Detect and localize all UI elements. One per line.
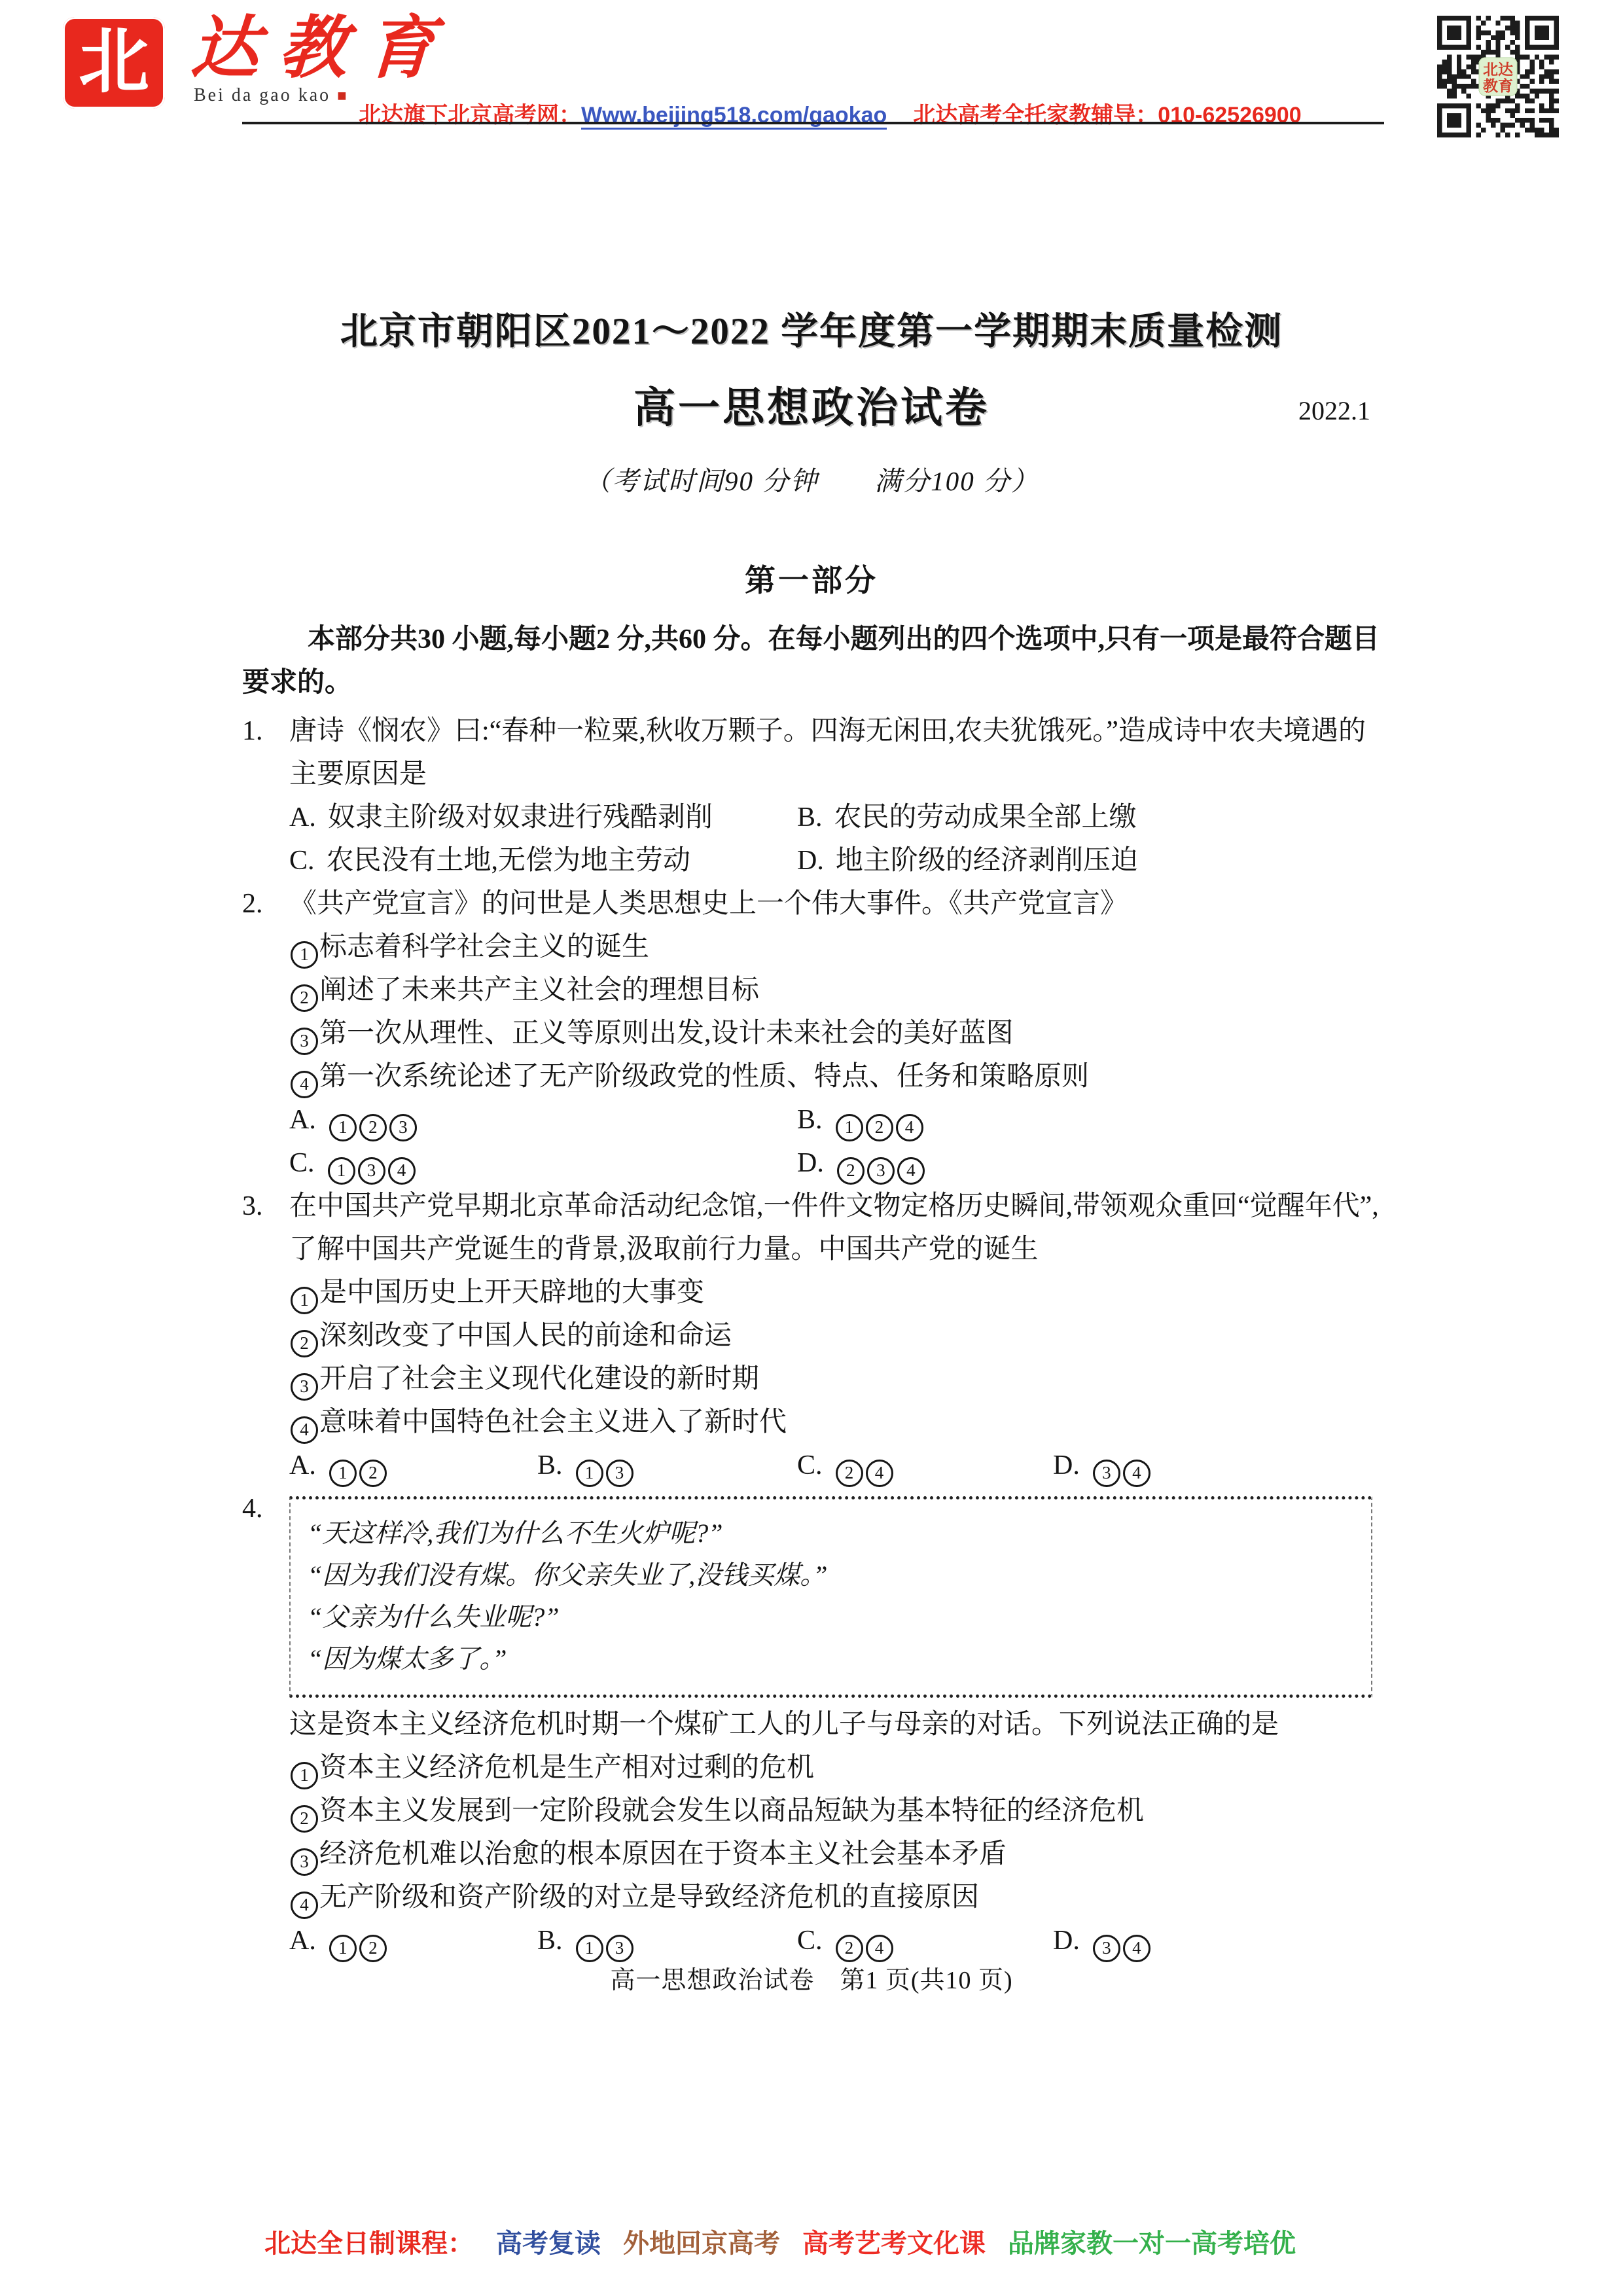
footer-page-number: 高一思想政治试卷 第1 页(共10 页) <box>0 1960 1623 1996</box>
circled-number-1: 1 <box>576 1935 603 1962</box>
option-label: A. <box>289 1450 316 1480</box>
dialogue-line: “父亲为什么失业呢?” <box>308 1596 1351 1638</box>
circled-number-1: 1 <box>836 1114 863 1141</box>
options-row: A.12B.13C.24D.34 <box>289 1444 1384 1487</box>
statement-text: 深刻改变了中国人民的前途和命运 <box>319 1321 732 1351</box>
option-D: D.地主阶级的经济剥削压迫 <box>797 839 1384 882</box>
option-text: 农民的劳动成果全部上缴 <box>834 802 1137 833</box>
circled-number-4: 4 <box>896 1114 923 1141</box>
exam-paper-page: 北 达教育 Bei da gao kao ■ 北达旗下北京高考网：Www.bei… <box>0 0 1623 2296</box>
options-row: A.123B.124 <box>289 1098 1384 1141</box>
statement-text: 是中国历史上开天辟地的大事变 <box>319 1278 704 1308</box>
circled-number-2: 2 <box>291 1330 318 1357</box>
option-label: C. <box>289 846 315 876</box>
site-link[interactable]: Www.beijing518.com/gaokao <box>581 103 887 130</box>
circled-number-3: 3 <box>1093 1460 1120 1487</box>
circled-number-3: 3 <box>291 1373 318 1401</box>
option-label: C. <box>797 1450 823 1480</box>
question-number: 3. <box>242 1185 289 1271</box>
promo-segment-5: 品牌家教一对一高考培优 <box>1008 2229 1296 2258</box>
option-label: D. <box>797 846 824 876</box>
question-box-row: 4.“天这样冷,我们为什么不生火炉呢?”“因为我们没有煤。你父亲失业了,没钱买煤… <box>242 1487 1384 1698</box>
circled-number-3: 3 <box>606 1460 633 1487</box>
section-heading: 第一部分 <box>0 556 1623 600</box>
circled-number-1: 1 <box>291 941 318 969</box>
circled-number-1: 1 <box>291 1287 318 1314</box>
options-row: C.农民没有土地,无偿为地主劳动D.地主阶级的经济剥削压迫 <box>289 839 1384 882</box>
circled-number-1: 1 <box>329 1114 357 1141</box>
question-stem: 唐诗《悯农》曰:“春种一粒粟,秋收万颗子。四海无闲田,农夫犹饿死。”造成诗中农夫… <box>289 709 1384 796</box>
statement-text: 资本主义经济危机是生产相对过剩的危机 <box>319 1753 814 1783</box>
statement-3: 3经济危机难以治愈的根本原因在于资本主义社会基本矛盾 <box>289 1833 1384 1876</box>
statement-2: 2阐述了未来共产主义社会的理想目标 <box>289 969 1384 1012</box>
option-C: C.134 <box>289 1141 797 1185</box>
option-label: D. <box>797 1148 824 1178</box>
exam-date: 2022.1 <box>1298 395 1370 426</box>
question-stem-row: 1.唐诗《悯农》曰:“春种一粒粟,秋收万颗子。四海无闲田,农夫犹饿死。”造成诗中… <box>242 709 1384 796</box>
question-stem: 在中国共产党早期北京革命活动纪念馆,一件件文物定格历史瞬间,带领观众重回“觉醒年… <box>289 1185 1384 1271</box>
questions: 1.唐诗《悯农》曰:“春种一粒粟,秋收万颗子。四海无闲田,农夫犹饿死。”造成诗中… <box>242 709 1384 1962</box>
section-intro: 本部分共30 小题,每小题2 分,共60 分。在每小题列出的四个选项中,只有一项… <box>242 618 1384 704</box>
circled-number-2: 2 <box>291 1805 318 1833</box>
promo-segment-4: 高考艺考文化课 <box>802 2229 986 2258</box>
question-1: 1.唐诗《悯农》曰:“春种一粒粟,秋收万颗子。四海无闲田,农夫犹饿死。”造成诗中… <box>242 709 1384 882</box>
circled-number-1: 1 <box>576 1460 603 1487</box>
circled-number-1: 1 <box>329 1460 357 1487</box>
option-label: B. <box>797 802 823 833</box>
statement-text: 开启了社会主义现代化建设的新时期 <box>319 1364 759 1394</box>
option-label: D. <box>1053 1450 1080 1480</box>
question-stem: 这是资本主义经济危机时期一个煤矿工人的儿子与母亲的对话。下列说法正确的是 <box>289 1703 1384 1746</box>
circled-number-4: 4 <box>866 1460 893 1487</box>
options-row: C.134D.234 <box>289 1141 1384 1185</box>
circled-number-3: 3 <box>606 1935 633 1962</box>
svg-text:北达: 北达 <box>1483 62 1513 78</box>
circled-number-2: 2 <box>866 1114 893 1141</box>
svg-text:教育: 教育 <box>1483 77 1513 94</box>
statement-text: 阐述了未来共产主义社会的理想目标 <box>319 975 759 1005</box>
option-A: A.123 <box>289 1098 797 1141</box>
dialogue-line: “因为煤太多了。” <box>308 1638 1351 1680</box>
questions-area: 本部分共30 小题,每小题2 分,共60 分。在每小题列出的四个选项中,只有一项… <box>242 618 1384 1962</box>
brand-subtitle: Bei da gao kao ■ <box>194 85 349 106</box>
circled-number-3: 3 <box>1093 1935 1120 1962</box>
paper-title-row: 高一思想政治试卷 2022.1 <box>0 374 1623 433</box>
option-A: A.12 <box>289 1919 537 1962</box>
question-stem: 《共产党宣言》的问世是人类思想史上一个伟大事件。《共产党宣言》 <box>289 882 1384 925</box>
options-row: A.12B.13C.24D.34 <box>289 1919 1384 1962</box>
option-C: C.24 <box>797 1444 1053 1487</box>
qr-code: 北达教育 <box>1437 16 1559 137</box>
statement-3: 3第一次从理性、正义等原则出发,设计未来社会的美好蓝图 <box>289 1012 1384 1055</box>
dialogue-line: “天这样冷,我们为什么不生火炉呢?” <box>308 1513 1351 1554</box>
footer-promo-line: 北达全日制课程：高考复读外地回京高考高考艺考文化课品牌家教一对一高考培优 <box>264 2223 1318 2260</box>
statement-1: 1是中国历史上开天辟地的大事变 <box>289 1271 1384 1314</box>
options-row: A.奴隶主阶级对奴隶进行残酷剥削B.农民的劳动成果全部上缴 <box>289 796 1384 839</box>
statement-text: 资本主义发展到一定阶段就会发生以商品短缺为基本特征的经济危机 <box>319 1796 1144 1826</box>
paper-title: 高一思想政治试卷 <box>0 374 1623 435</box>
statement-4: 4意味着中国特色社会主义进入了新时代 <box>289 1401 1384 1444</box>
circled-number-4: 4 <box>1123 1935 1150 1962</box>
question-number: 2. <box>242 882 289 925</box>
promo-segment-2: 高考复读 <box>496 2229 601 2258</box>
option-A: A.奴隶主阶级对奴隶进行残酷剥削 <box>289 796 797 839</box>
circled-number-4: 4 <box>866 1935 893 1962</box>
circled-number-2: 2 <box>359 1460 387 1487</box>
promo-segment-3: 外地回京高考 <box>623 2229 780 2258</box>
statement-3: 3开启了社会主义现代化建设的新时期 <box>289 1357 1384 1401</box>
statement-text: 标志着科学社会主义的诞生 <box>319 932 649 962</box>
dialogue-box: “天这样冷,我们为什么不生火炉呢?”“因为我们没有煤。你父亲失业了,没钱买煤。”… <box>289 1496 1372 1698</box>
seal-character: 北 <box>79 27 149 98</box>
circled-number-1: 1 <box>328 1157 355 1185</box>
brand-calligraphy: 达教育 <box>189 12 456 86</box>
option-label: D. <box>1053 1926 1080 1956</box>
question-number: 4. <box>242 1487 289 1698</box>
option-D: D.234 <box>797 1141 1384 1185</box>
question-number: 1. <box>242 709 289 796</box>
statement-4: 4无产阶级和资产阶级的对立是导致经济危机的直接原因 <box>289 1876 1384 1919</box>
statement-text: 经济危机难以治愈的根本原因在于资本主义社会基本矛盾 <box>319 1839 1007 1869</box>
exam-title: 北京市朝阳区2021～2022 学年度第一学期期末质量检测 <box>0 301 1623 355</box>
question-2: 2.《共产党宣言》的问世是人类思想史上一个伟大事件。《共产党宣言》1标志着科学社… <box>242 882 1384 1185</box>
brand-square-icon: ■ <box>337 88 349 105</box>
circled-number-4: 4 <box>897 1157 925 1185</box>
circled-number-2: 2 <box>836 1460 863 1487</box>
circled-number-3: 3 <box>291 1848 318 1876</box>
option-label: B. <box>797 1105 823 1135</box>
statement-2: 2资本主义发展到一定阶段就会发生以商品短缺为基本特征的经济危机 <box>289 1789 1384 1833</box>
option-label: A. <box>289 1926 316 1956</box>
circled-number-3: 3 <box>358 1157 385 1185</box>
circled-number-4: 4 <box>291 1892 318 1919</box>
statement-1: 1资本主义经济危机是生产相对过剩的危机 <box>289 1746 1384 1789</box>
option-A: A.12 <box>289 1444 537 1487</box>
option-label: A. <box>289 802 316 833</box>
statement-text: 无产阶级和资产阶级的对立是导致经济危机的直接原因 <box>319 1882 979 1912</box>
circled-number-2: 2 <box>359 1114 387 1141</box>
promo-segment-1: 北达全日制课程： <box>264 2229 474 2258</box>
circled-number-3: 3 <box>291 1028 318 1055</box>
header-divider <box>242 122 1384 124</box>
option-label: C. <box>289 1148 315 1178</box>
circled-number-1: 1 <box>329 1935 357 1962</box>
option-label: A. <box>289 1105 316 1135</box>
option-text: 农民没有土地,无偿为地主劳动 <box>327 846 691 876</box>
option-B: B.13 <box>537 1444 797 1487</box>
question-stem-row: 3.在中国共产党早期北京革命活动纪念馆,一件件文物定格历史瞬间,带领观众重回“觉… <box>242 1185 1384 1271</box>
statement-text: 第一次从理性、正义等原则出发,设计未来社会的美好蓝图 <box>319 1018 1014 1049</box>
option-D: D.34 <box>1053 1444 1384 1487</box>
statement-text: 意味着中国特色社会主义进入了新时代 <box>319 1407 787 1437</box>
question-3: 3.在中国共产党早期北京革命活动纪念馆,一件件文物定格历史瞬间,带领观众重回“觉… <box>242 1185 1384 1487</box>
option-text: 奴隶主阶级对奴隶进行残酷剥削 <box>328 802 713 833</box>
question-4: 4.“天这样冷,我们为什么不生火炉呢?”“因为我们没有煤。你父亲失业了,没钱买煤… <box>242 1487 1384 1962</box>
option-label: B. <box>537 1450 563 1480</box>
option-label: B. <box>537 1926 563 1956</box>
circled-number-1: 1 <box>291 1762 318 1789</box>
circled-number-4: 4 <box>291 1416 318 1444</box>
option-C: C.24 <box>797 1919 1053 1962</box>
statement-text: 第一次系统论述了无产阶级政党的性质、特点、任务和策略原则 <box>319 1062 1089 1092</box>
option-C: C.农民没有土地,无偿为地主劳动 <box>289 839 797 882</box>
option-B: B.13 <box>537 1919 797 1962</box>
circled-number-2: 2 <box>291 984 318 1012</box>
option-text: 地主阶级的经济剥削压迫 <box>836 846 1138 876</box>
circled-number-2: 2 <box>359 1935 387 1962</box>
brand-seal-logo: 北 <box>63 17 165 109</box>
circled-number-4: 4 <box>388 1157 416 1185</box>
dialogue-line: “因为我们没有煤。你父亲失业了,没钱买煤。” <box>308 1554 1351 1596</box>
exam-meta: （考试时间90 分钟 满分100 分） <box>0 459 1623 498</box>
circled-number-3: 3 <box>867 1157 895 1185</box>
circled-number-2: 2 <box>836 1935 863 1962</box>
question-stem-row: 2.《共产党宣言》的问世是人类思想史上一个伟大事件。《共产党宣言》 <box>242 882 1384 925</box>
circled-number-4: 4 <box>1123 1460 1150 1487</box>
option-B: B.农民的劳动成果全部上缴 <box>797 796 1384 839</box>
option-D: D.34 <box>1053 1919 1384 1962</box>
statement-4: 4第一次系统论述了无产阶级政党的性质、特点、任务和策略原则 <box>289 1055 1384 1098</box>
circled-number-3: 3 <box>389 1114 417 1141</box>
circled-number-4: 4 <box>291 1071 318 1098</box>
statement-1: 1标志着科学社会主义的诞生 <box>289 925 1384 969</box>
circled-number-2: 2 <box>837 1157 865 1185</box>
option-B: B.124 <box>797 1098 1384 1141</box>
statement-2: 2深刻改变了中国人民的前途和命运 <box>289 1314 1384 1357</box>
option-label: C. <box>797 1926 823 1956</box>
